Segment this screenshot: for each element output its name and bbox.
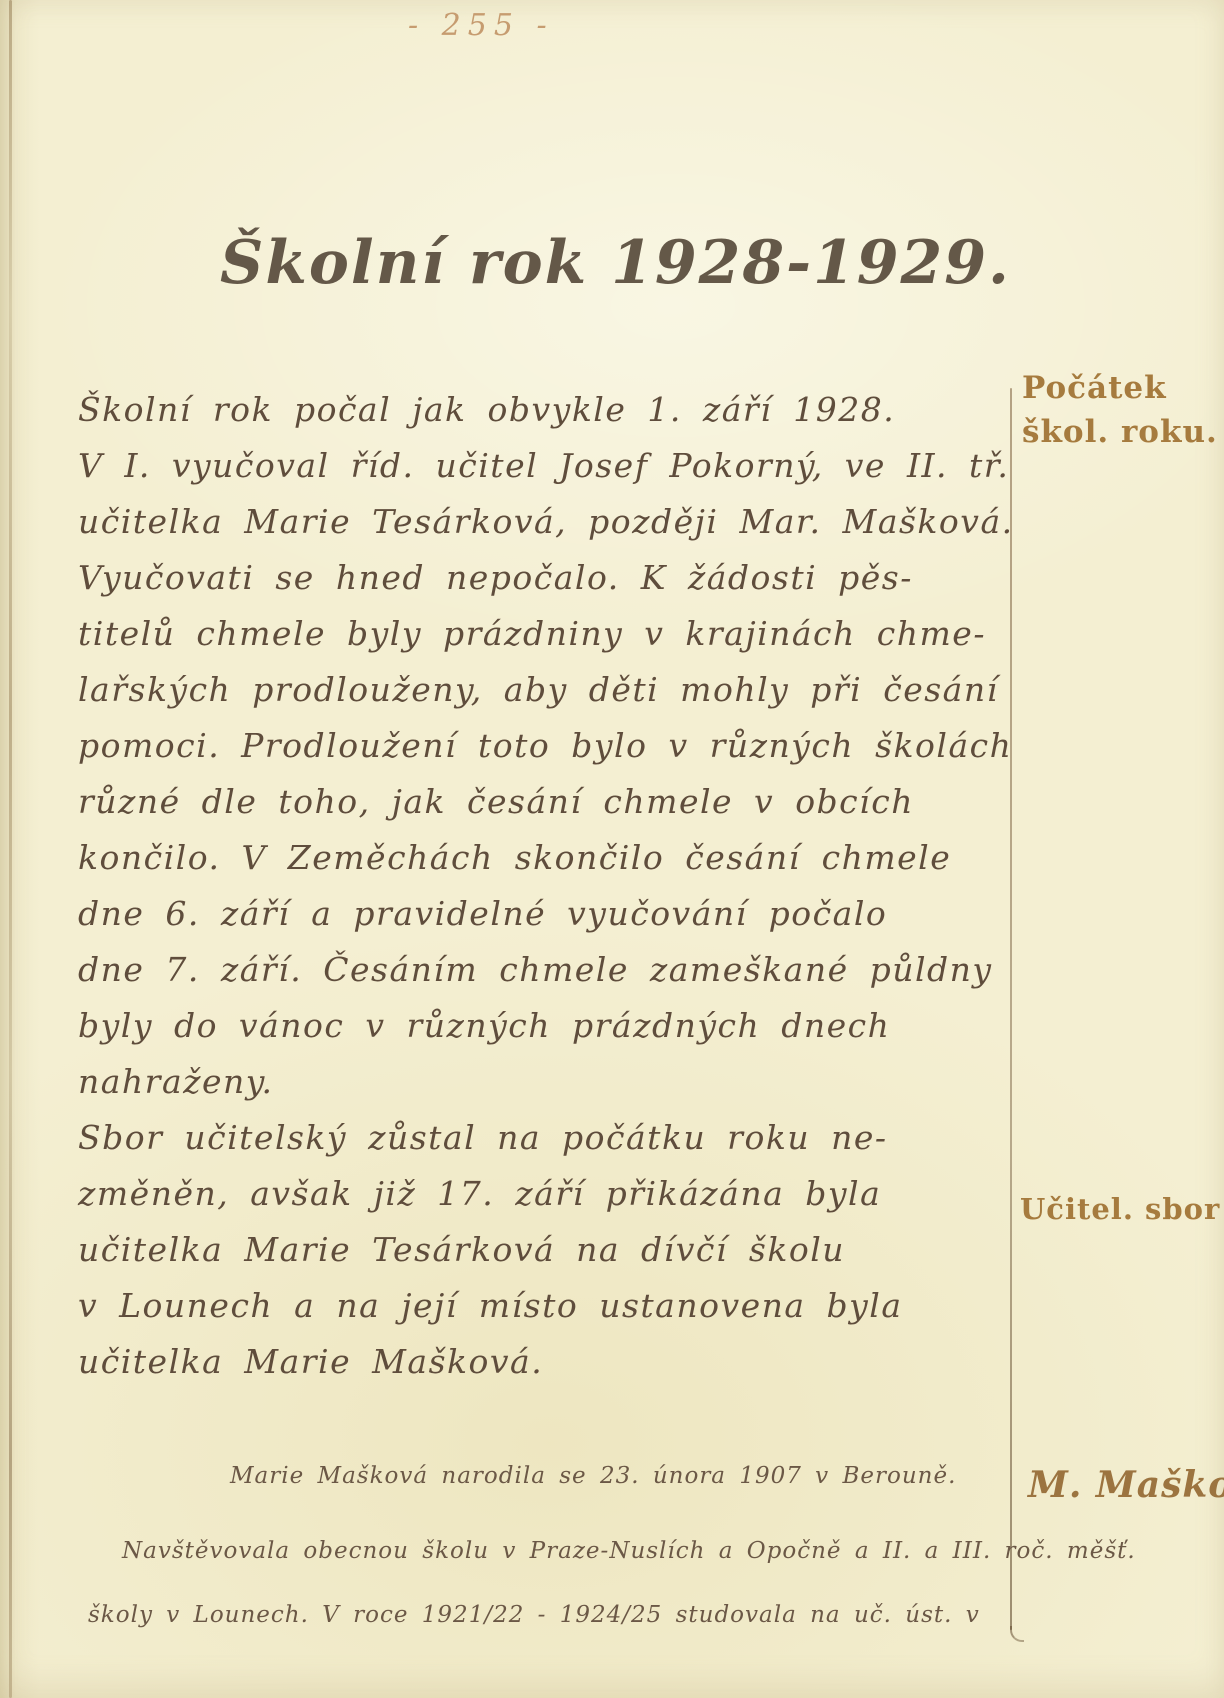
body-line: lařských prodlouženy, aby děti mohly při… bbox=[78, 662, 958, 718]
margin-note-teaching-staff: Učitel. sbor bbox=[1020, 1192, 1220, 1226]
page-edge-line bbox=[9, 0, 12, 1698]
body-line: učitelka Marie Tesárková, později Mar. M… bbox=[78, 494, 958, 550]
body-line: Vyučovati se hned nepočalo. K žádosti pě… bbox=[78, 550, 958, 606]
page-title: Školní rok 1928-1929. bbox=[220, 228, 840, 298]
chronicle-page: - 255 - Školní rok 1928-1929. Školní rok… bbox=[0, 0, 1224, 1698]
body-line: končilo. V Zeměchách skončilo česání chm… bbox=[78, 830, 958, 886]
body-line: učitelka Marie Tesárková na dívčí školu bbox=[78, 1222, 958, 1278]
body-line: učitelka Marie Mašková. bbox=[78, 1334, 958, 1390]
body-line: Sbor učitelský zůstal na počátku roku ne… bbox=[78, 1110, 958, 1166]
footnote-line: Marie Mašková narodila se 23. února 1907… bbox=[88, 1446, 988, 1524]
biography-paragraph: Marie Mašková narodila se 23. února 1907… bbox=[88, 1446, 988, 1654]
body-line: titelů chmele byly prázdniny v krajinách… bbox=[78, 606, 958, 662]
body-line: Školní rok počal jak obvykle 1. září 192… bbox=[78, 382, 958, 438]
body-line: v Lounech a na její místo ustanovena byl… bbox=[78, 1278, 958, 1334]
body-line: změněn, avšak již 17. září přikázána byl… bbox=[78, 1166, 958, 1222]
page-number: - 255 - bbox=[408, 8, 554, 43]
margin-note-line: Počátek bbox=[1022, 366, 1218, 410]
margin-note-school-year-start: Počátek škol. roku. bbox=[1022, 366, 1218, 454]
footnote-line: školy v Lounech. V roce 1921/22 - 1924/2… bbox=[88, 1590, 988, 1654]
body-line: dne 6. září a pravidelné vyučování počal… bbox=[78, 886, 958, 942]
body-line: V I. vyučoval říd. učitel Josef Pokorný,… bbox=[78, 438, 958, 494]
body-line: pomoci. Prodloužení toto bylo v různých … bbox=[78, 718, 958, 774]
body-line: byly do vánoc v různých prázdných dnech bbox=[78, 998, 958, 1054]
body-text: Školní rok počal jak obvykle 1. září 192… bbox=[78, 382, 958, 1390]
margin-note-maskova: M. Mašková bbox=[1028, 1464, 1224, 1506]
body-line: různé dle toho, jak česání chmele v obcí… bbox=[78, 774, 958, 830]
body-line: nahraženy. bbox=[78, 1054, 958, 1110]
margin-note-line: škol. roku. bbox=[1022, 410, 1218, 454]
body-line: dne 7. září. Česáním chmele zameškané pů… bbox=[78, 942, 958, 998]
footnote-line: Navštěvovala obecnou školu v Praze-Nuslí… bbox=[88, 1524, 988, 1590]
margin-rule-line bbox=[1010, 388, 1012, 1630]
